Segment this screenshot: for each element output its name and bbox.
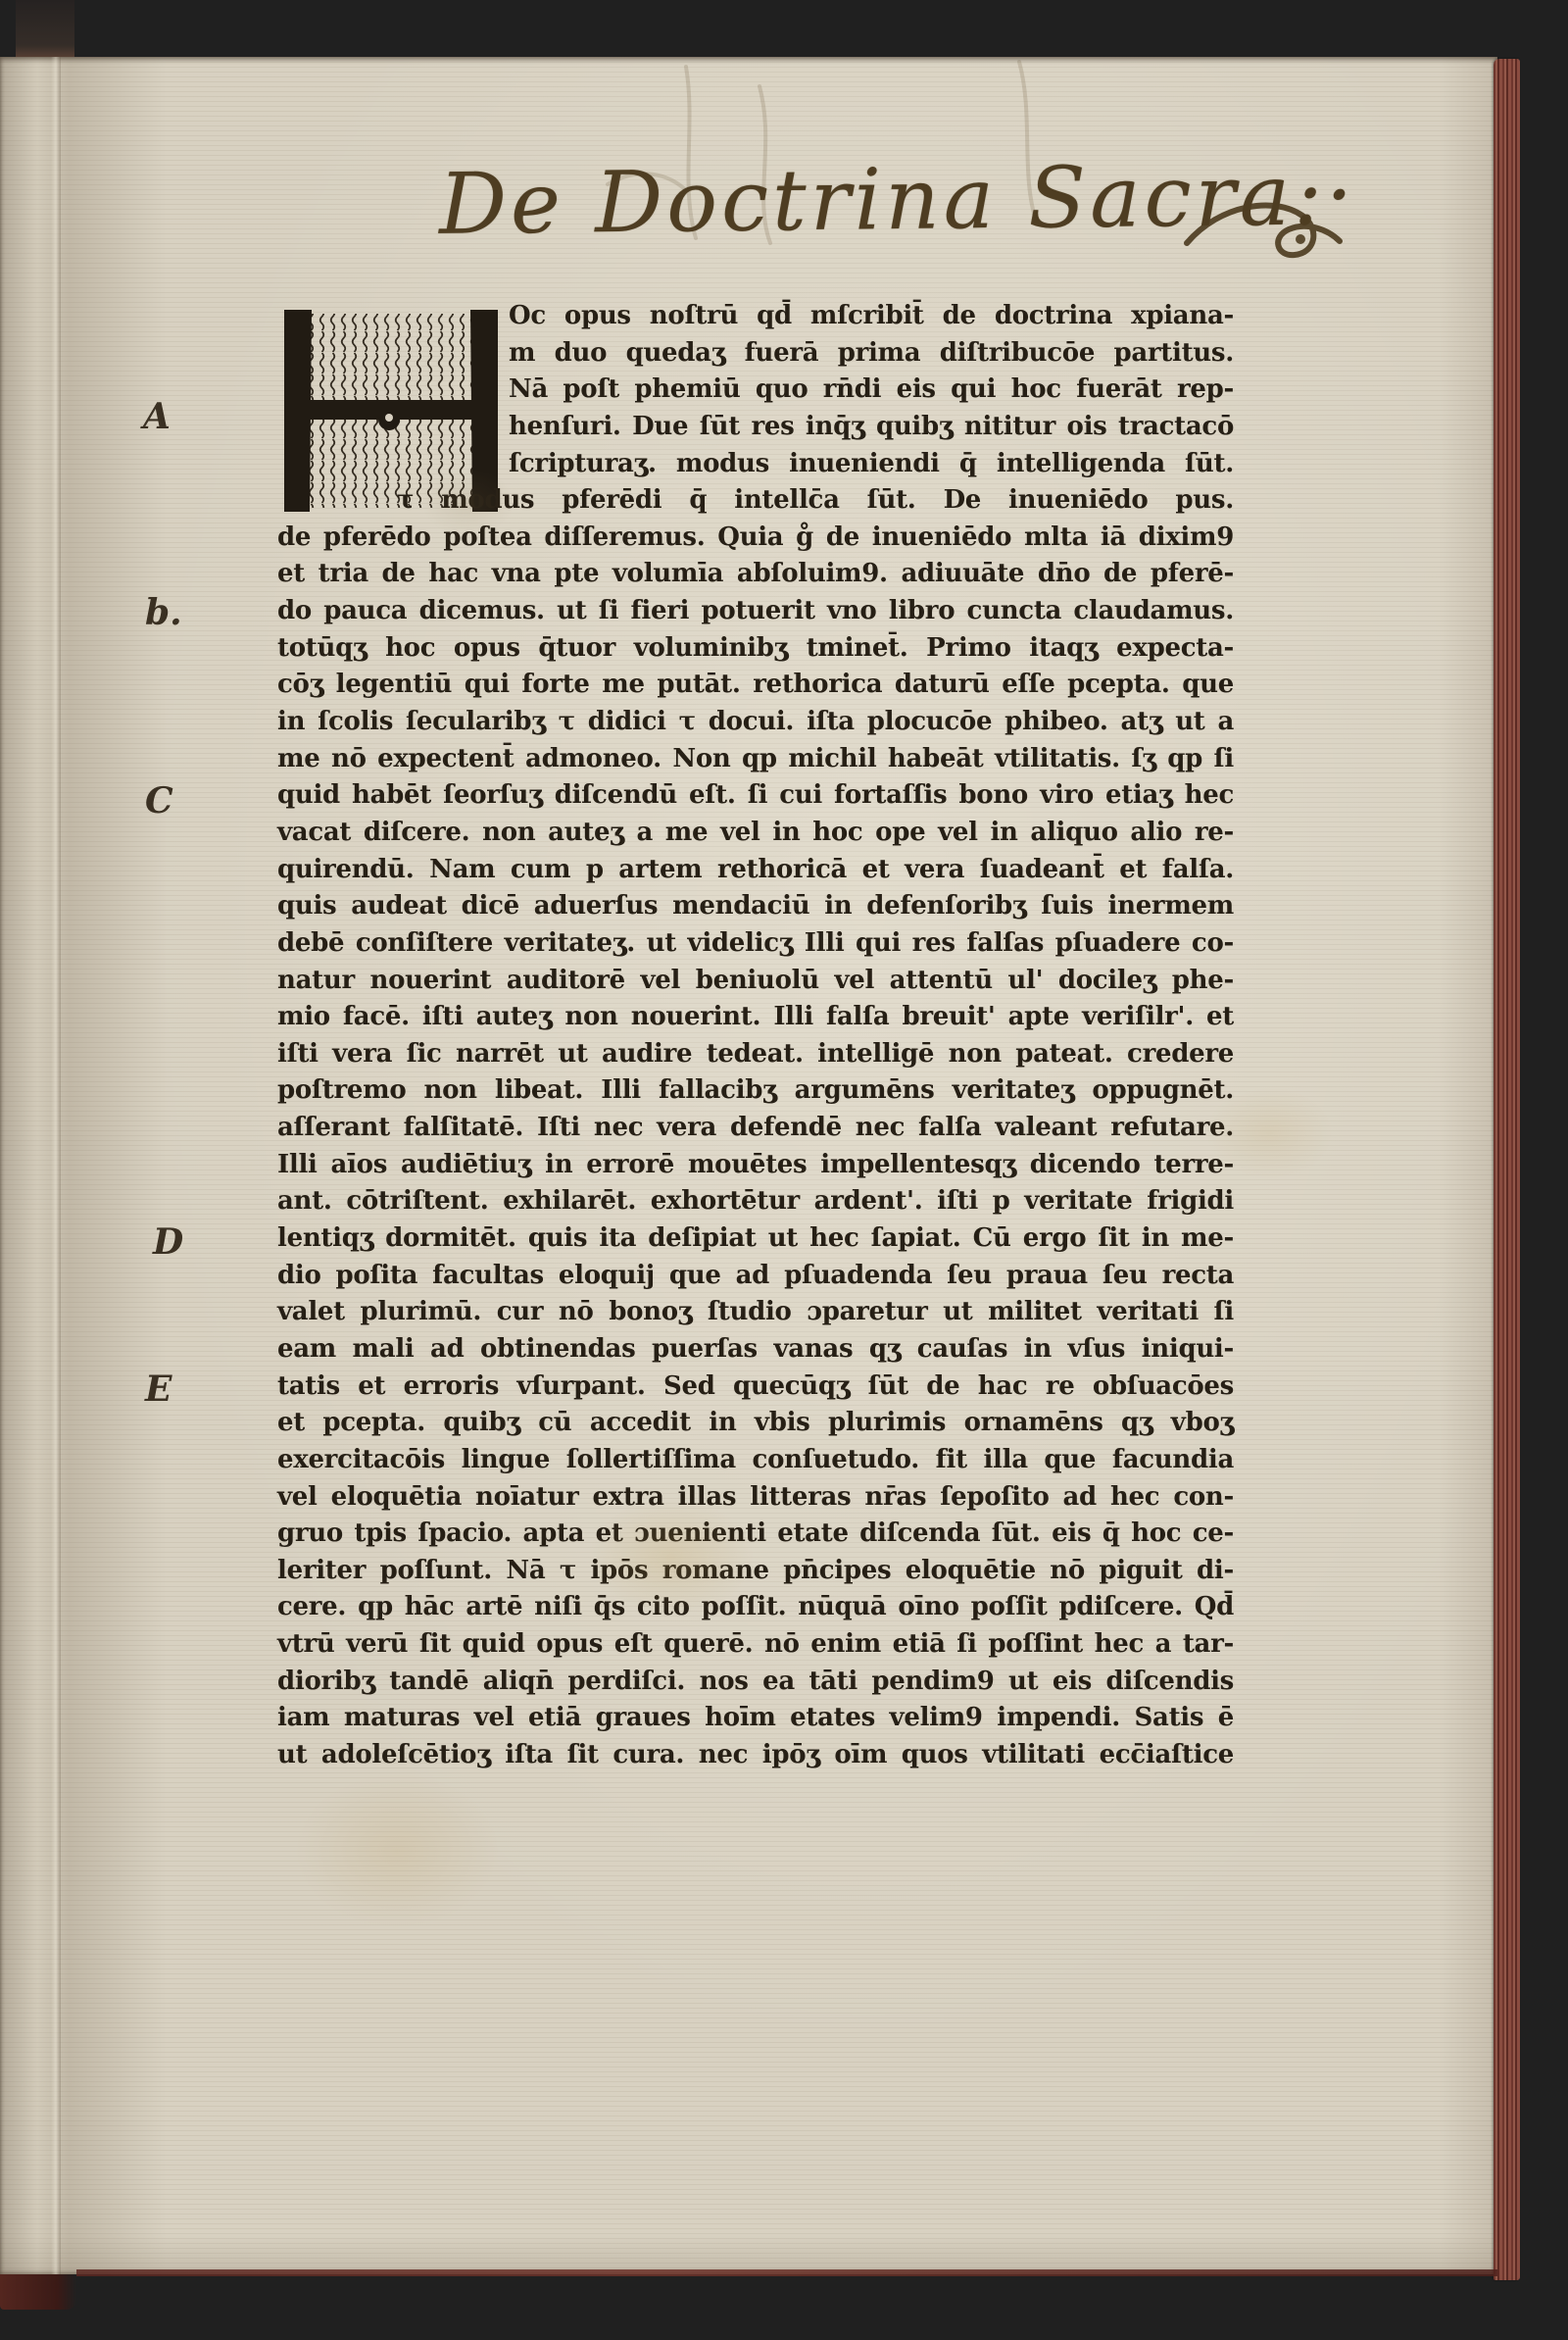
text-line: henſuri. Due ſūt res inq̄ʒ quibʒ nititur… bbox=[509, 409, 1234, 446]
text-line: vtrū verū ſit quid opus eſt querē. nō en… bbox=[277, 1626, 1234, 1664]
text-line: iſti vera ſic narrēt ut audire tedeat. i… bbox=[277, 1036, 1234, 1073]
text-line: vacat diſcere. non auteʒ a me vel in hoc… bbox=[277, 815, 1234, 852]
text-line: vel eloquētia noīatur extra illas litter… bbox=[277, 1479, 1234, 1517]
binding-strip-top bbox=[16, 0, 74, 65]
text-line: natur nouerint auditorē vel beniuolū vel… bbox=[277, 963, 1234, 1000]
text-line: quirendū. Nam cum p artem rethoricā et v… bbox=[277, 852, 1234, 889]
text-line: de pferēdo poſtea diſſeremus. Quia g̊ de… bbox=[277, 520, 1234, 557]
text-line: in ſcolis ſecularibʒ τ didici τ docui. i… bbox=[277, 704, 1234, 741]
red-fore-edge bbox=[1494, 59, 1520, 2280]
text-line: valet plurimū. cur nō bonoʒ ſtudio ɔpare… bbox=[277, 1294, 1234, 1331]
text-line: quid habēt ſeorſuʒ diſcendū eſt. ſi cui … bbox=[277, 777, 1234, 815]
text-line: cere. qp hāc artē niſi q̄s cito poſſit. … bbox=[277, 1589, 1234, 1626]
text-line: gruo tpis ſpacio. apta et ɔuenienti etat… bbox=[277, 1516, 1234, 1553]
margin-section-letter: A bbox=[143, 396, 171, 437]
text-line: Oc opus noſtrū qd̄ mſcribit̄ de doctrina… bbox=[509, 298, 1234, 335]
binding-corner-bottom bbox=[0, 2274, 76, 2310]
text-line: lentiqʒ dormitēt. quis ita deſipiat ut h… bbox=[277, 1220, 1234, 1258]
text-line: iam maturas vel etiā graues hoīm etates … bbox=[277, 1700, 1234, 1737]
text-line: exercitacōis lingue ſollertiſſima conſue… bbox=[277, 1442, 1234, 1479]
margin-section-letter: D bbox=[153, 1221, 183, 1263]
photo-backdrop: De Doctrina Sacra:· bbox=[0, 0, 1568, 2340]
paper-stain bbox=[294, 1772, 500, 1929]
text-line: do pauca dicemus. ut ſi fieri potuerit v… bbox=[277, 593, 1234, 630]
text-line: Nā poſt phemiū quo rn̄di eis qui hoc fue… bbox=[509, 372, 1234, 409]
text-line: eam mali ad obtinendas puerſas vanas qʒ … bbox=[277, 1331, 1234, 1369]
text-line: tatis et erroris vſurpant. Sed quecūqʒ ſ… bbox=[277, 1369, 1234, 1406]
text-line: mio facē. iſti auteʒ non nouerint. Illi … bbox=[277, 999, 1234, 1036]
text-line: totūqʒ hoc opus q̄tuor voluminibʒ tminet… bbox=[277, 630, 1234, 668]
text-line: leriter poſſunt. Nā τ ipōs romane pn̄cip… bbox=[277, 1553, 1234, 1590]
text-line: et pcepta. quibʒ cū accedit in vbis plur… bbox=[277, 1405, 1234, 1442]
text-line: cōʒ legentiū qui forte me putāt. rethori… bbox=[277, 667, 1234, 704]
red-bottom-edge bbox=[76, 2269, 1497, 2276]
text-line: m duo quedaʒ fuerā prima diſtribucōe par… bbox=[509, 335, 1234, 373]
text-line: dioribʒ tandē aliqn̄ perdiſci. nos ea tā… bbox=[277, 1664, 1234, 1701]
gutter-fold-highlight bbox=[51, 57, 61, 2274]
text-line: τ modus pferēdi q̄ intellc̄a ſūt. De inu… bbox=[397, 482, 1234, 520]
text-line: ut adoleſcētioʒ iſta ſit cura. nec ipōʒ … bbox=[277, 1737, 1234, 1774]
text-line: ſcripturaʒ. modus inueniendi q̄ intellig… bbox=[509, 446, 1234, 483]
text-line: aſſerant falſitatē. Iſti nec vera defend… bbox=[277, 1110, 1234, 1147]
text-line: ant. cōtriſtent. exhilarēt. exhortētur a… bbox=[277, 1183, 1234, 1220]
text-line: me nō expectent̄ admoneo. Non qp michil … bbox=[277, 741, 1234, 778]
text-line: Illi aīos audiētiuʒ in errorē mouētes im… bbox=[277, 1147, 1234, 1184]
text-line: debē conſiſtere veritateʒ. ut videlicʒ I… bbox=[277, 925, 1234, 963]
book-page: De Doctrina Sacra:· bbox=[0, 57, 1497, 2274]
margin-section-letter: b. bbox=[145, 592, 182, 633]
text-line: quis audeat dicē aduerſus mendaciū in de… bbox=[277, 888, 1234, 925]
text-line: et tria de hac vna pte volumīa abſoluim9… bbox=[277, 556, 1234, 593]
text-line: dio poſita facultas eloquij que ad pſuad… bbox=[277, 1258, 1234, 1295]
title-flourish-icon bbox=[1181, 182, 1357, 290]
margin-section-letter: C bbox=[145, 780, 173, 821]
text-block: Oc opus noſtrū qd̄ mſcribit̄ de doctrina… bbox=[277, 298, 1234, 1774]
margin-section-letter: E bbox=[145, 1369, 171, 1410]
text-line: poſtremo non libeat. Illi fallacibʒ argu… bbox=[277, 1072, 1234, 1110]
